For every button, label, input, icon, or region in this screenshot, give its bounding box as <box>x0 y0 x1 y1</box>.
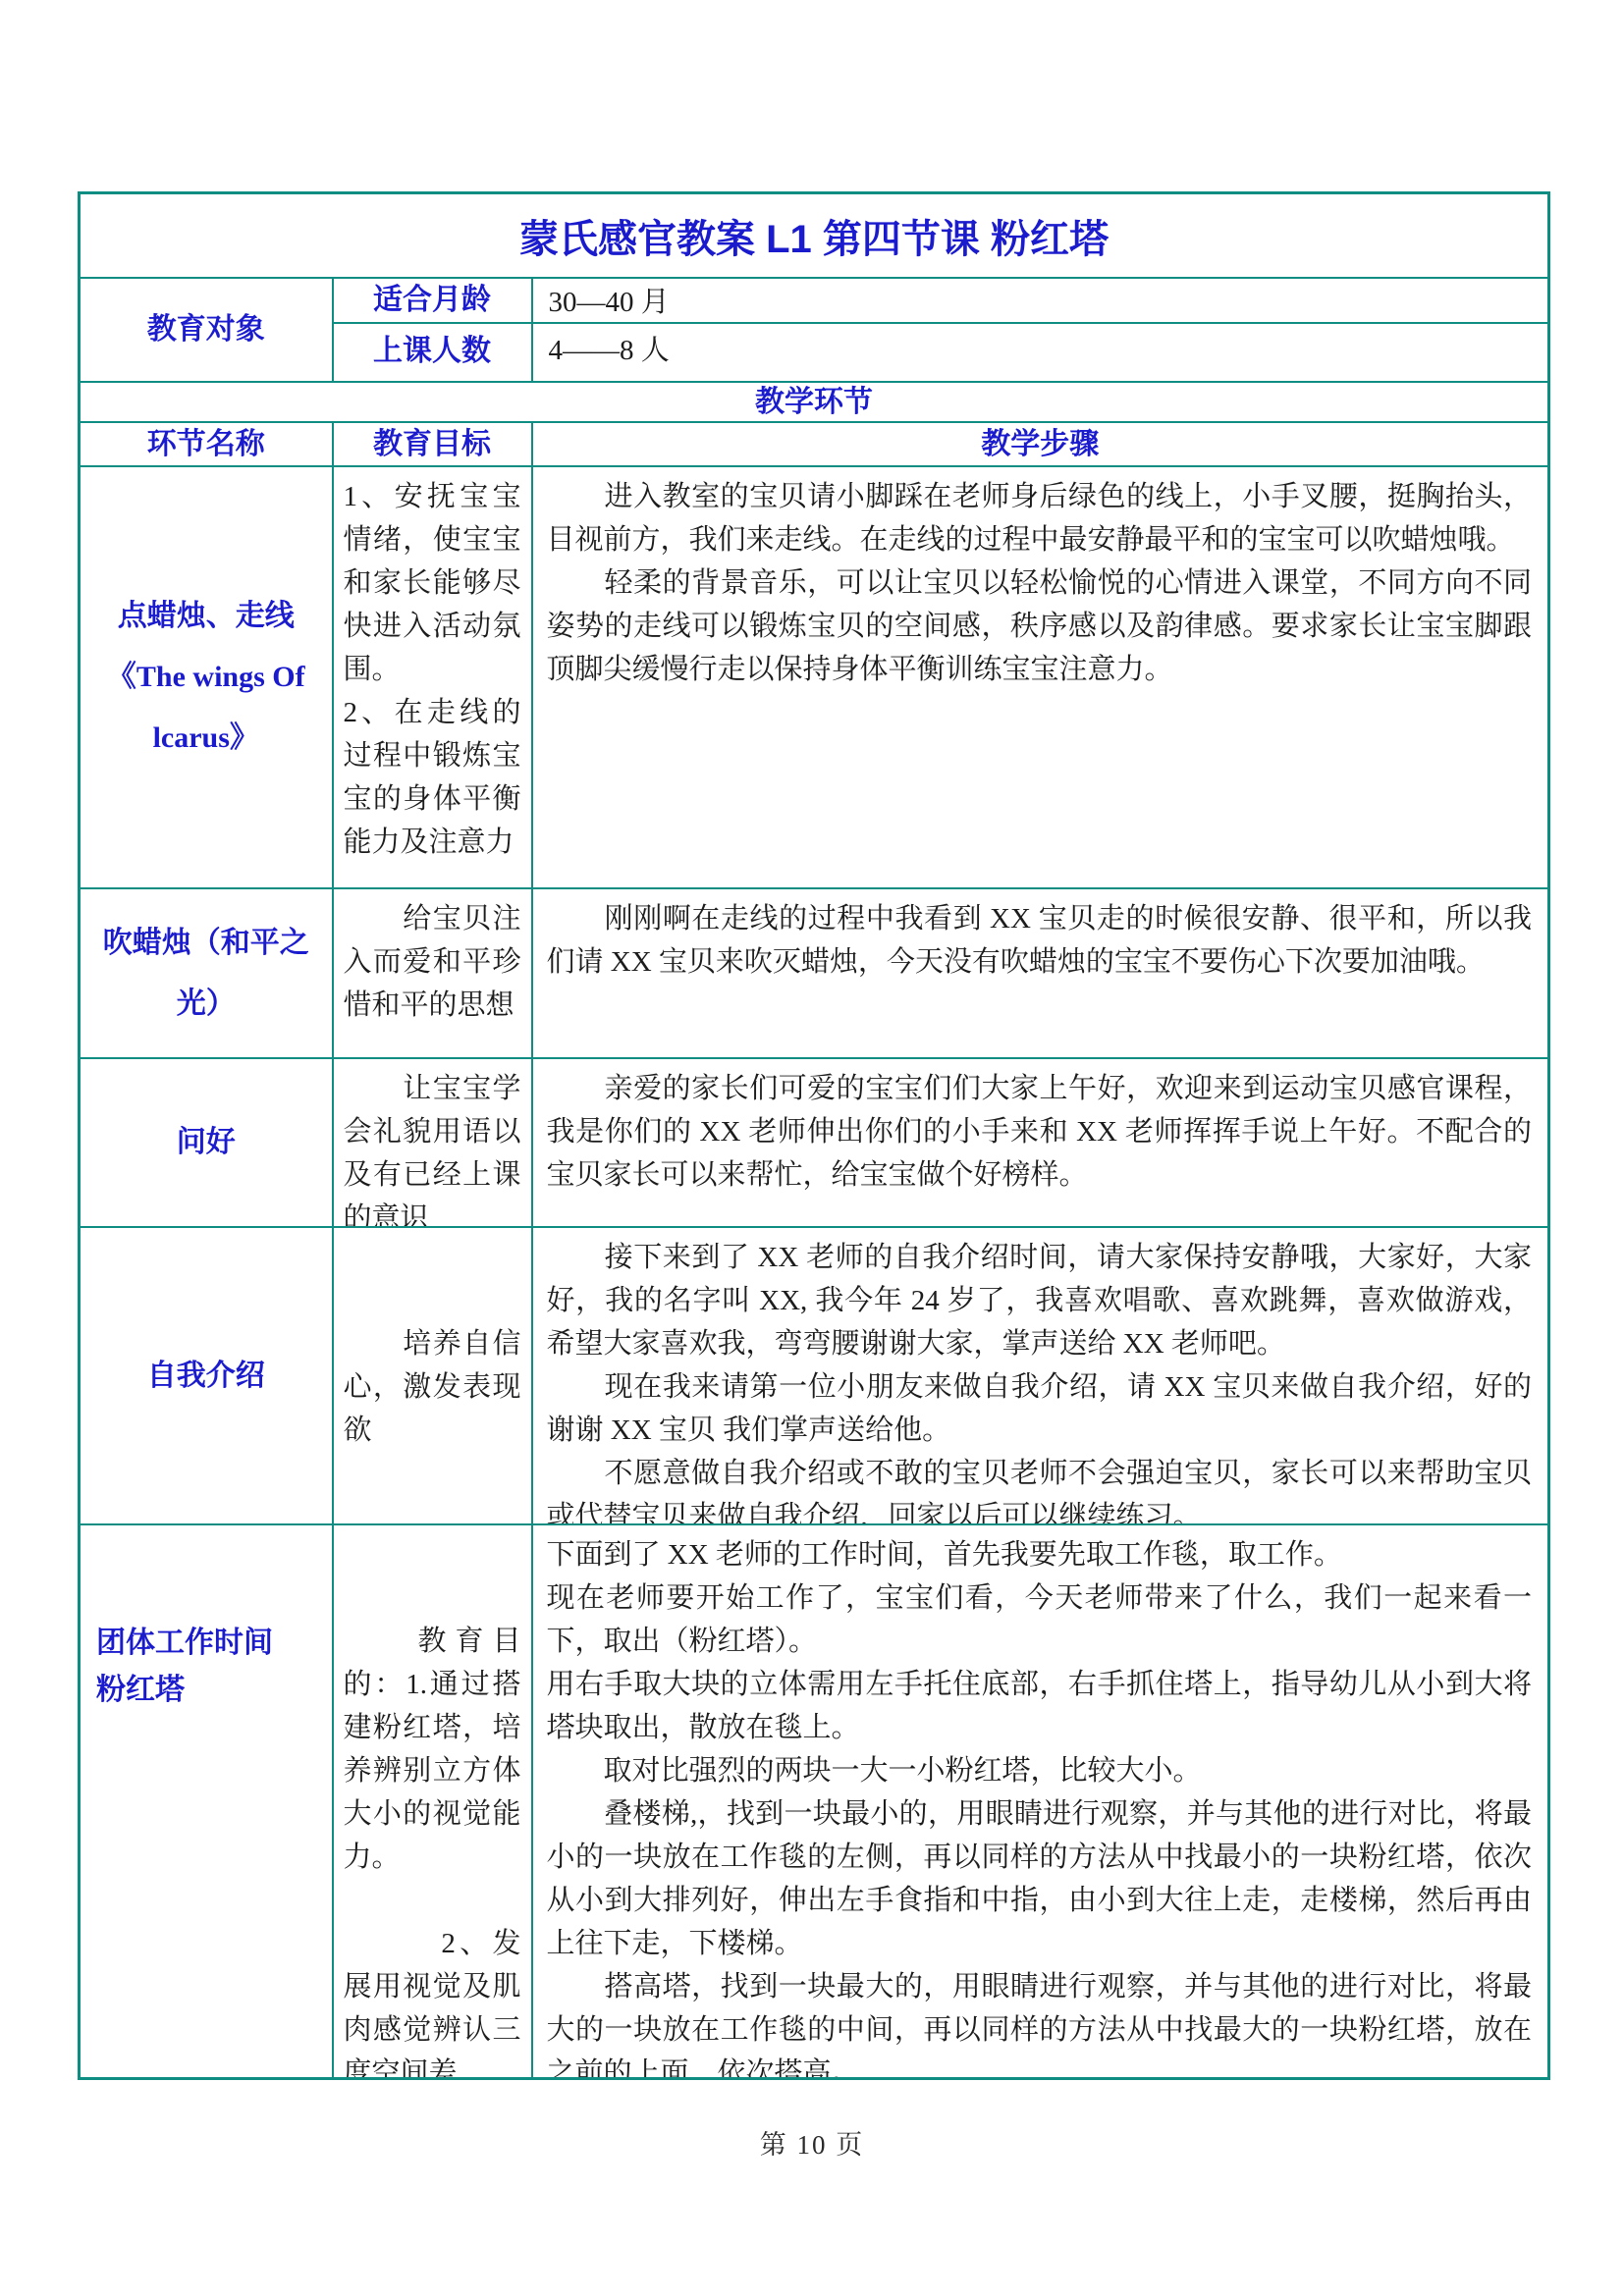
goal-text: 1、安抚宝宝情绪，使宝宝和家长能够尽快进入活动氛围。 2、在走线的过程中锻炼宝宝… <box>334 467 531 887</box>
stage-name: 吹蜡烛（和平之光） <box>81 889 332 1057</box>
age-value-cell: 30—40 月 <box>532 278 1549 323</box>
goal-cell: 培养自信心，激发表现欲 <box>333 1227 532 1524</box>
steps-text: 接下来到了 XX 老师的自我介绍时间，请大家保持安静哦，大家好，大家好，我的名字… <box>533 1228 1548 1523</box>
col-header-steps-cell: 教学步骤 <box>532 422 1549 466</box>
title-cell: 蒙氏感官教案 L1 第四节课 粉红塔 <box>80 193 1549 279</box>
goal-cell: 教育目的：1.通过搭建粉红塔，培养辨别立方体大小的视觉能力。 2、发展用视觉及肌… <box>333 1524 532 2079</box>
stage-name: 自我介绍 <box>81 1228 332 1523</box>
steps-text: 进入教室的宝贝请小脚踩在老师身后绿色的线上，小手叉腰，挺胸抬头，目视前方，我们来… <box>533 467 1548 887</box>
count-value-cell: 4——8 人 <box>532 323 1549 382</box>
goal-text: 教育目的：1.通过搭建粉红塔，培养辨别立方体大小的视觉能力。 2、发展用视觉及肌… <box>334 1525 531 2077</box>
age-label-cell: 适合月龄 <box>333 278 532 323</box>
section-title: 教学环节 <box>81 383 1547 421</box>
column-header-name: 环节名称 <box>81 423 332 465</box>
count-label: 上课人数 <box>334 324 531 380</box>
document-page: 蒙氏感官教案 L1 第四节课 粉红塔 教育对象 适合月龄 30—40 月 上课人… <box>0 0 1624 2296</box>
goal-cell: 让宝宝学会礼貌用语以及有已经上课的意识 <box>333 1058 532 1227</box>
goal-cell: 给宝贝注入而爱和平珍惜和平的思想 <box>333 888 532 1058</box>
stage-name-cell: 吹蜡烛（和平之光） <box>80 888 333 1058</box>
col-header-goal-cell: 教育目标 <box>333 422 532 466</box>
count-label-cell: 上课人数 <box>333 323 532 382</box>
column-header-steps: 教学步骤 <box>533 423 1548 465</box>
goal-text: 培养自信心，激发表现欲 <box>334 1228 531 1523</box>
goal-cell: 1、安抚宝宝情绪，使宝宝和家长能够尽快进入活动氛围。 2、在走线的过程中锻炼宝宝… <box>333 466 532 888</box>
column-header-goal: 教育目标 <box>334 423 531 465</box>
steps-cell: 下面到了 XX 老师的工作时间，首先我要先取工作毯，取工作。 现在老师要开始工作… <box>532 1524 1549 2079</box>
col-header-name-cell: 环节名称 <box>80 422 333 466</box>
steps-cell: 进入教室的宝贝请小脚踩在老师身后绿色的线上，小手叉腰，挺胸抬头，目视前方，我们来… <box>532 466 1549 888</box>
page-title: 蒙氏感官教案 L1 第四节课 粉红塔 <box>81 194 1547 277</box>
section-header-cell: 教学环节 <box>80 382 1549 422</box>
stage-name: 问好 <box>81 1059 332 1226</box>
goal-text: 让宝宝学会礼貌用语以及有已经上课的意识 <box>334 1059 531 1226</box>
steps-text: 刚刚啊在走线的过程中我看到 XX 宝贝走的时候很安静、很平和，所以我们请 XX … <box>533 889 1548 1057</box>
steps-cell: 亲爱的家长们可爱的宝宝们们大家上午好，欢迎来到运动宝贝感官课程，我是你们的 XX… <box>532 1058 1549 1227</box>
stage-name: 团体工作时间 粉红塔 <box>81 1525 332 2077</box>
stage-name: 点蜡烛、走线《The wings Of lcarus》 <box>81 467 332 887</box>
stage-name-cell: 问好 <box>80 1058 333 1227</box>
steps-text: 下面到了 XX 老师的工作时间，首先我要先取工作毯，取工作。 现在老师要开始工作… <box>533 1525 1548 2077</box>
stage-name-cell: 自我介绍 <box>80 1227 333 1524</box>
steps-text: 亲爱的家长们可爱的宝宝们们大家上午好，欢迎来到运动宝贝感官课程，我是你们的 XX… <box>533 1059 1548 1226</box>
goal-text: 给宝贝注入而爱和平珍惜和平的思想 <box>334 889 531 1057</box>
steps-cell: 接下来到了 XX 老师的自我介绍时间，请大家保持安静哦，大家好，大家好，我的名字… <box>532 1227 1549 1524</box>
stage-name-cell: 点蜡烛、走线《The wings Of lcarus》 <box>80 466 333 888</box>
age-value: 30—40 月 <box>533 279 1548 321</box>
audience-label-cell: 教育对象 <box>80 278 333 382</box>
page-footer: 第 10 页 <box>0 2123 1624 2162</box>
age-label: 适合月龄 <box>334 279 531 321</box>
steps-cell: 刚刚啊在走线的过程中我看到 XX 宝贝走的时候很安静、很平和，所以我们请 XX … <box>532 888 1549 1058</box>
stage-name-cell: 团体工作时间 粉红塔 <box>80 1524 333 2079</box>
audience-label: 教育对象 <box>81 279 332 381</box>
count-value: 4——8 人 <box>533 324 1548 380</box>
lesson-plan-table: 蒙氏感官教案 L1 第四节课 粉红塔 教育对象 适合月龄 30—40 月 上课人… <box>78 191 1550 2080</box>
